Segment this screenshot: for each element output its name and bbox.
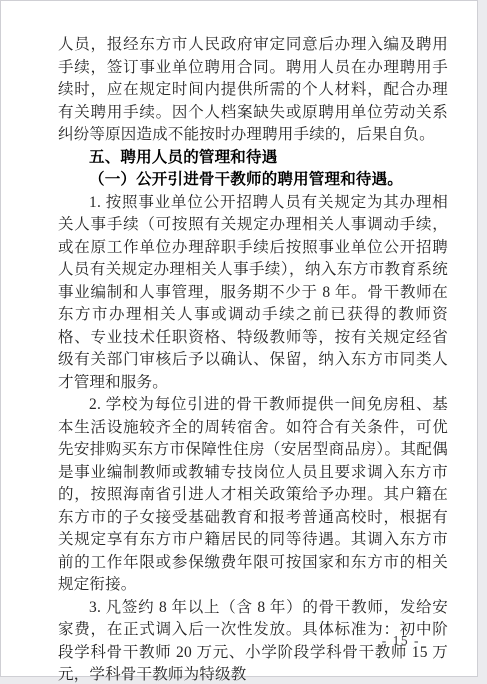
numbered-paragraph-2: 2. 学校为每位引进的骨干教师提供一间免房租、基本生活设施较齐全的周转宿舍。如符… xyxy=(58,394,448,597)
numbered-paragraph-1: 1. 按照事业单位公开招聘人员有关规定为其办理相关人事手续（可按照有关规定办理相… xyxy=(58,192,448,395)
continuation-paragraph: 人员，报经东方市人民政府审定同意后办理入编及聘用手续，签订事业单位聘用合同。聘用… xyxy=(58,34,448,147)
subsection-heading: （一）公开引进骨干教师的聘用管理和待遇。 xyxy=(58,169,448,192)
document-page: 人员，报经东方市人民政府审定同意后办理入编及聘用手续，签订事业单位聘用合同。聘用… xyxy=(0,0,478,677)
page-content: 人员，报经东方市人民政府审定同意后办理入编及聘用手续，签订事业单位聘用合同。聘用… xyxy=(58,34,448,684)
page-number: - 15 - xyxy=(382,633,420,649)
section-heading: 五、聘用人员的管理和待遇 xyxy=(58,147,448,170)
document-viewer: 人员，报经东方市人民政府审定同意后办理入编及聘用手续，签订事业单位聘用合同。聘用… xyxy=(0,0,487,684)
